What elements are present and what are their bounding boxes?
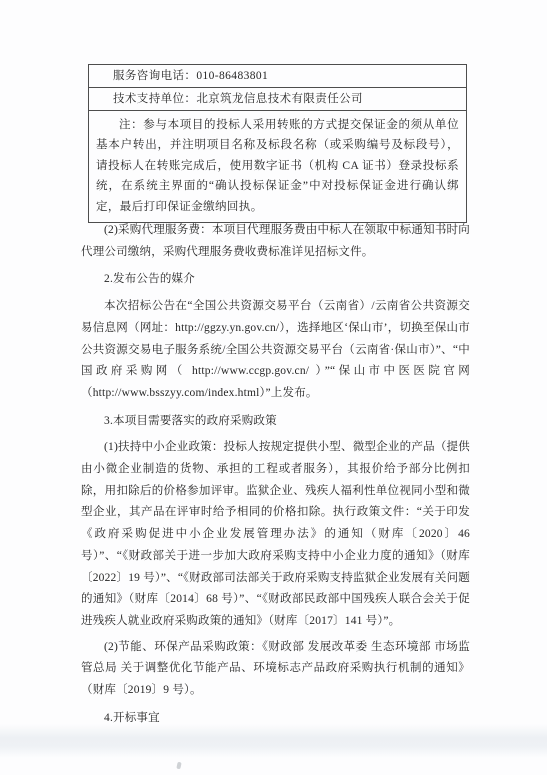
paragraph-sme-policy: (1)扶持中小企业政策：投标人按规定提供小型、微型企业的产品（提供由小微企业制造… [81, 437, 470, 632]
service-info-table: 服务咨询电话：010-86483801 技术支持单位：北京筑龙信息技术有限责任公… [88, 64, 467, 223]
heading-procurement-policy: 3.本项目需要落实的政府采购政策 [81, 411, 470, 433]
document-page: 服务咨询电话：010-86483801 技术支持单位：北京筑龙信息技术有限责任公… [0, 0, 547, 775]
tech-support-value: 北京筑龙信息技术有限责任公司 [196, 93, 363, 105]
scan-artifact-speck [176, 762, 181, 770]
table-row-service-phone: 服务咨询电话：010-86483801 [89, 65, 466, 88]
service-phone-value: 010-86483801 [196, 70, 268, 82]
tech-support-label: 技术支持单位： [113, 93, 196, 105]
heading-bid-opening: 4.开标事宜 [81, 708, 470, 730]
paragraph-energy-saving-policy: (2)节能、环保产品采购政策：《财政部 发展改革委 生态环境部 市场监管总局 关… [81, 637, 470, 702]
service-phone-label: 服务咨询电话： [113, 70, 196, 82]
table-row-tech-support: 技术支持单位：北京筑龙信息技术有限责任公司 [89, 88, 466, 111]
paragraph-publish-media-detail: 本次招标公告在“全国公共资源交易平台（云南省）/云南省公共资源交易信息网（网址：… [81, 296, 470, 405]
heading-publish-media: 2.发布公告的媒介 [81, 269, 470, 291]
document-body: (2)采购代理服务费：本项目代理服务费由中标人在领取中标通知书时向代理公司缴纳，… [81, 220, 470, 734]
paragraph-agency-fee: (2)采购代理服务费：本项目代理服务费由中标人在领取中标通知书时向代理公司缴纳，… [81, 220, 470, 263]
table-note-deposit-instructions: 注：参与本项目的投标人采用转账的方式提交保证金的须从单位基本户转出，并注明项目名… [89, 111, 466, 222]
